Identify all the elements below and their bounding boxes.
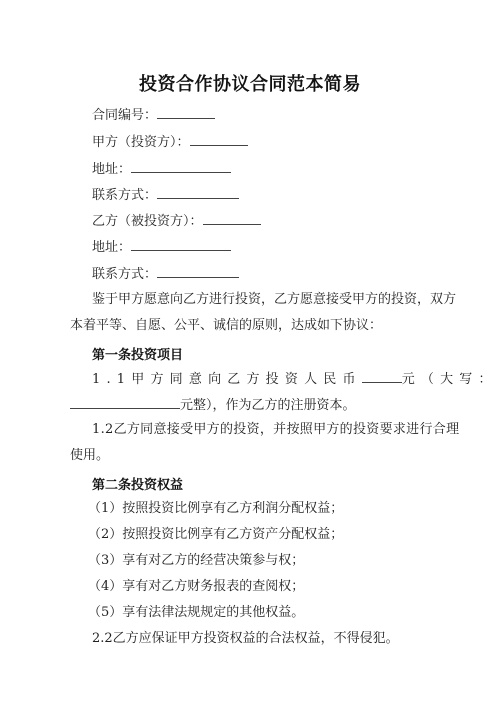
clause-1-1-line-1: 1.1甲方同意向乙方投资人民币元（大写： (92, 370, 498, 388)
field-party-b-contact: 联系方式： (92, 265, 239, 283)
clause-1-2-line-2: 使用。 (70, 448, 109, 464)
document-title: 投资合作协议合同范本简易 (0, 70, 500, 96)
party-a-contact-blank[interactable] (157, 186, 239, 199)
rights-item-3: （3）享有对乙方的经营决策参与权； (88, 553, 304, 569)
clause-1-1-text-3: 元整），作为乙方的注册资本。 (180, 398, 356, 413)
contract-number-blank[interactable] (157, 106, 215, 119)
field-party-b: 乙方（被投资方）： (92, 212, 261, 230)
amount-blank[interactable] (362, 370, 402, 383)
field-label: 联系方式： (92, 267, 157, 282)
field-label: 地址： (92, 162, 131, 177)
party-b-blank[interactable] (203, 212, 261, 225)
field-contract-number: 合同编号： (92, 106, 215, 124)
field-party-b-address: 地址： (92, 238, 231, 256)
rights-item-2: （2）按照投资比例享有乙方资产分配权益； (88, 527, 343, 543)
clause-1-2-line-1: 1.2乙方同意接受甲方的投资，并按照甲方的投资要求进行合理 (92, 422, 459, 438)
amount-in-words-blank[interactable] (70, 396, 180, 409)
rights-item-5: （5）享有法律法规规定的其他权益。 (88, 605, 304, 621)
party-b-address-blank[interactable] (131, 238, 231, 251)
clause-1-1-text-2: 元（大写： (402, 372, 498, 387)
preamble-line-2: 本着平等、自愿、公平、诚信的原则，达成如下协议： (70, 318, 382, 334)
party-b-contact-blank[interactable] (157, 265, 239, 278)
section-1-heading: 第一条投资项目 (92, 344, 183, 363)
field-label: 甲方（投资方）： (92, 135, 190, 150)
clause-1-1-line-2: 元整），作为乙方的注册资本。 (70, 396, 356, 414)
clause-1-1-text: 1.1甲方同意向乙方投资人民币 (92, 372, 362, 387)
field-label: 乙方（被投资方）： (92, 214, 203, 229)
field-label: 地址： (92, 240, 131, 255)
rights-item-1: （1）按照投资比例享有乙方利润分配权益； (88, 501, 343, 517)
field-label: 联系方式： (92, 188, 157, 203)
section-2-heading: 第二条投资权益 (92, 474, 183, 493)
field-label: 合同编号： (92, 108, 157, 123)
field-party-a-address: 地址： (92, 160, 231, 178)
clause-2-2: 2.2乙方应保证甲方投资权益的合法权益，不得侵犯。 (92, 631, 399, 647)
party-a-address-blank[interactable] (131, 160, 231, 173)
preamble-line-1: 鉴于甲方愿意向乙方进行投资，乙方愿意接受甲方的投资，双方 (92, 292, 456, 308)
rights-item-4: （4）享有对乙方财务报表的查阅权； (88, 579, 304, 595)
field-party-a: 甲方（投资方）： (92, 133, 248, 151)
field-party-a-contact: 联系方式： (92, 186, 239, 204)
party-a-blank[interactable] (190, 133, 248, 146)
